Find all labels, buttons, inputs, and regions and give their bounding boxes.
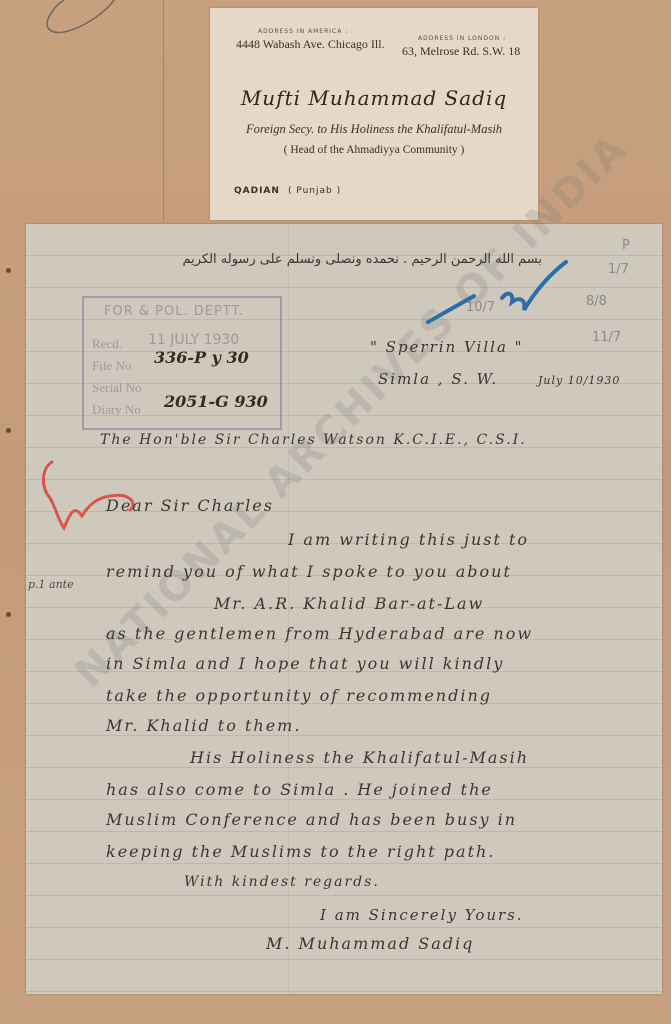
pencil-note: P (622, 238, 630, 253)
pencil-loop-mark (42, 0, 142, 42)
punch-hole (6, 428, 11, 433)
pencil-note: 8/8 (586, 294, 607, 309)
salutation: Dear Sir Charles (106, 496, 274, 515)
pencil-note: 11/7 (592, 330, 621, 345)
recipient: The Hon'ble Sir Charles Watson K.C.I.E.,… (100, 432, 527, 448)
stamp-file-label: File No (92, 358, 131, 374)
letter-line: Mr. Khalid to them. (106, 716, 301, 735)
signature: M. Muhammad Sadiq (266, 934, 474, 953)
letter-line: Muslim Conference and has been busy in (106, 810, 517, 829)
punch-hole (6, 268, 11, 273)
closing: I am Sincerely Yours. (320, 906, 524, 924)
letter-line: remind you of what I spoke to you about (106, 562, 512, 581)
letter-line: His Holiness the Khalifatul-Masih (190, 748, 529, 767)
card-province: ( Punjab ) (288, 186, 341, 196)
punch-hole (6, 612, 11, 617)
board-fold-line (163, 0, 164, 222)
letter-line: in Simla and I hope that you will kindly (106, 654, 504, 673)
letter-date: July 10/1930 (538, 374, 620, 387)
sender-address-line2: Simla , S. W. (378, 370, 498, 388)
letter-line: take the opportunity of recommending (106, 686, 492, 705)
stamp-file-number: 336-P y 30 (154, 348, 249, 367)
stamp-department: FOR & POL. DEPTT. (104, 304, 244, 319)
letter-line: has also come to Simla . He joined the (106, 780, 493, 799)
london-address-label: ADDRESS IN LONDON : (418, 35, 506, 42)
receipt-stamp: FOR & POL. DEPTT. Recd. 11 JULY 1930 Fil… (82, 296, 282, 430)
margin-note: p.1 ante (28, 578, 74, 591)
stamp-received-date: 11 JULY 1930 (148, 332, 239, 348)
stamp-diary-number: 2051-G 930 (164, 392, 268, 411)
card-city: QADIAN (234, 186, 280, 196)
america-address: 4448 Wabash Ave. Chicago Ill. (236, 37, 385, 52)
london-address: 63, Melrose Rd. S.W. 18 (402, 44, 520, 59)
card-place: QADIAN( Punjab ) (234, 186, 341, 196)
sender-address-line1: " Sperrin Villa " (370, 338, 524, 356)
letter-line: Mr. A.R. Khalid Bar-at-Law (214, 594, 484, 613)
letter-line: With kindest regards. (184, 874, 380, 890)
letter-sheet: NATIONAL ARCHIVES OF INDIA بسم الله الرح… (26, 224, 662, 994)
card-name: Mufti Muhammad Sadiq (210, 86, 538, 110)
pencil-note: 1/7 (608, 262, 629, 277)
america-address-label: ADDRESS IN AMERICA : (258, 28, 348, 35)
letter-line: as the gentlemen from Hyderabad are now (106, 624, 533, 643)
letter-line: I am writing this just to (288, 530, 529, 549)
blue-check-mark (424, 254, 574, 334)
card-title: Foreign Secy. to His Holiness the Khalif… (210, 122, 538, 137)
stamp-received-label: Recd. (92, 336, 122, 352)
letter-line: keeping the Muslims to the right path. (106, 842, 495, 861)
stamp-serial-label: Serial No (92, 380, 141, 396)
visiting-card: ADDRESS IN AMERICA : 4448 Wabash Ave. Ch… (210, 8, 538, 220)
pencil-note: 10/7 (466, 300, 495, 315)
card-subtitle: ( Head of the Ahmadiyya Community ) (210, 144, 538, 156)
stamp-diary-label: Diary No (92, 402, 141, 418)
